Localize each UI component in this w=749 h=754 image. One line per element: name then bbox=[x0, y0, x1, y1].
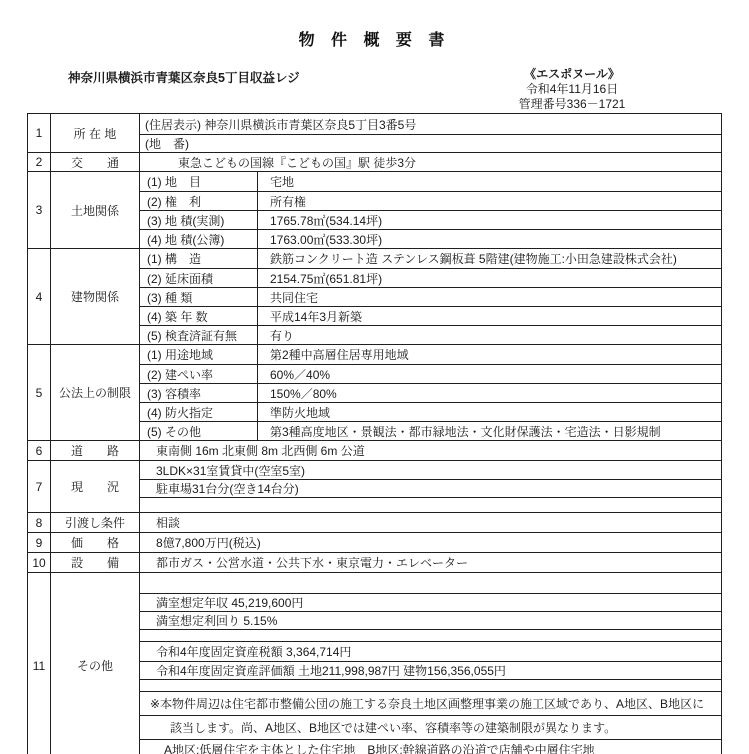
row-price: 9 価 格 8億7,800万円(税込) bbox=[28, 532, 721, 552]
price-line: 8億7,800万円(税込) bbox=[140, 533, 721, 552]
handover-value: 相談 bbox=[140, 513, 721, 532]
row-location: 1 所 在 地 (住居表示) 神奈川県横浜市青葉区奈良5丁目3番5号 (地 番) bbox=[28, 114, 721, 152]
other-empty bbox=[140, 680, 721, 691]
other-line: 該当します。尚、A地区、B地区では建ぺい率、容積率等の建築制限が異なります。 bbox=[140, 715, 721, 739]
row-category: 設 備 bbox=[51, 553, 140, 572]
status-line: 駐車場31台分(空き14台分) bbox=[140, 479, 721, 497]
row-number: 5 bbox=[28, 345, 51, 440]
building-item-label: (5) 検査済証有無 bbox=[140, 326, 258, 344]
row-handover-terms: 8 引渡し条件 相談 bbox=[28, 512, 721, 532]
restriction-item: (3) 容積率 150%／80% bbox=[140, 383, 721, 402]
building-item: (4) 築 年 数 平成14年3月新築 bbox=[140, 306, 721, 325]
row-category: その他 bbox=[51, 573, 140, 754]
building-item-value: 平成14年3月新築 bbox=[258, 307, 721, 325]
building-item-value: 2154.75㎡(651.81坪) bbox=[258, 269, 721, 287]
building-item-label: (4) 築 年 数 bbox=[140, 307, 258, 325]
restriction-item-label: (4) 防火指定 bbox=[140, 403, 258, 421]
row-number: 2 bbox=[28, 153, 51, 171]
price-value: 8億7,800万円(税込) bbox=[140, 533, 721, 552]
full-occupancy-income: 満室想定年収 45,219,600円 bbox=[140, 594, 721, 611]
building-item-label: (1) 構 造 bbox=[140, 249, 258, 268]
row-facilities: 10 設 備 都市ガス・公営水道・公共下水・東京電力・エレベーター bbox=[28, 552, 721, 572]
restriction-item-value: 150%／80% bbox=[258, 384, 721, 402]
location-line: (地 番) bbox=[140, 134, 721, 152]
land-item: (4) 地 積(公簿) 1763.00㎡(533.30坪) bbox=[140, 229, 721, 248]
land-item-label: (4) 地 積(公簿) bbox=[140, 230, 258, 248]
document-header: 神奈川県横浜市青葉区奈良5丁目収益レジ 《エスポヌール》 令和4年11月16日 … bbox=[0, 67, 749, 112]
row-number: 11 bbox=[28, 573, 51, 754]
restriction-item-label: (3) 容積率 bbox=[140, 384, 258, 402]
building-item-value: 鉄筋コンクリート造 ステンレス鋼板葺 5階建(建物施工:小田急建設株式会社) bbox=[258, 249, 721, 268]
restriction-item: (1) 用途地域 第2種中高層住居専用地域 bbox=[140, 345, 721, 364]
assessed-value: 令和4年度固定資産評価額 土地211,998,987円 建物156,356,05… bbox=[140, 662, 721, 679]
row-category: 建物関係 bbox=[51, 249, 140, 344]
row-number: 6 bbox=[28, 441, 51, 460]
property-name: 神奈川県横浜市青葉区奈良5丁目収益レジ bbox=[68, 67, 300, 86]
restriction-item-label: (1) 用途地域 bbox=[140, 345, 258, 364]
row-category: 土地関係 bbox=[51, 172, 140, 248]
building-item: (2) 延床面積 2154.75㎡(651.81坪) bbox=[140, 268, 721, 287]
row-transport: 2 交 通 東急こどもの国線『こどもの国』駅 徒歩3分 bbox=[28, 152, 721, 171]
row-other: 11 その他 満室想定年収 45,219,600円 満室想定利回り 5.15% … bbox=[28, 572, 721, 754]
land-item-value: 1763.00㎡(533.30坪) bbox=[258, 230, 721, 248]
transport-line: 東急こどもの国線『こどもの国』駅 徒歩3分 bbox=[140, 153, 721, 171]
building-item: (3) 種 類 共同住宅 bbox=[140, 287, 721, 306]
row-number: 3 bbox=[28, 172, 51, 248]
road-value: 東南側 16m 北東側 8m 北西側 6m 公道 bbox=[140, 441, 721, 460]
status-parking: 駐車場31台分(空き14台分) bbox=[140, 480, 721, 497]
building-item-value: 有り bbox=[258, 326, 721, 344]
status-line bbox=[140, 497, 721, 512]
row-category: 所 在 地 bbox=[51, 114, 140, 152]
land-item-value: 宅地 bbox=[258, 172, 721, 191]
land-item-value: 所有権 bbox=[258, 192, 721, 210]
row-number: 9 bbox=[28, 533, 51, 552]
other-line bbox=[140, 679, 721, 691]
restriction-item-value: 第2種中高層住居専用地域 bbox=[258, 345, 721, 364]
building-item: (5) 検査済証有無 有り bbox=[140, 325, 721, 344]
land-item-value: 1765.78㎡(534.14坪) bbox=[258, 211, 721, 229]
page-title: 物 件 概 要 書 bbox=[0, 0, 749, 50]
land-item: (2) 権 利 所有権 bbox=[140, 191, 721, 210]
building-item-label: (3) 種 類 bbox=[140, 288, 258, 306]
other-line bbox=[140, 573, 721, 593]
row-number: 8 bbox=[28, 513, 51, 532]
other-line: 満室想定利回り 5.15% bbox=[140, 611, 721, 629]
note-line-1: ※本物件周辺は住宅都市整備公団の施工する奈良土地区画整理事業の施工区域であり、A… bbox=[140, 692, 721, 715]
row-category: 価 格 bbox=[51, 533, 140, 552]
note-line-3: A地区:低層住宅を主体とした住宅地 B地区:幹線道路の沿道で店舗や中層住宅地 bbox=[140, 740, 721, 754]
row-legal-restrictions: 5 公法上の制限 (1) 用途地域 第2種中高層住居専用地域 (2) 建ぺい率 … bbox=[28, 344, 721, 440]
facilities-line: 都市ガス・公営水道・公共下水・東京電力・エレベーター bbox=[140, 553, 721, 572]
other-line: 令和4年度固定資産評価額 土地211,998,987円 建物156,356,05… bbox=[140, 661, 721, 679]
road-line: 東南側 16m 北東側 8m 北西側 6m 公道 bbox=[140, 441, 721, 460]
header-meta: 《エスポヌール》 令和4年11月16日 管理番号336－1721 bbox=[457, 67, 687, 112]
property-overview-document: 物 件 概 要 書 神奈川県横浜市青葉区奈良5丁目収益レジ 《エスポヌール》 令… bbox=[0, 0, 749, 754]
restriction-item-label: (2) 建ぺい率 bbox=[140, 365, 258, 383]
property-tax: 令和4年度固定資産税額 3,364,714円 bbox=[140, 642, 721, 661]
status-empty bbox=[140, 498, 721, 512]
note-line-2: 該当します。尚、A地区、B地区では建ぺい率、容積率等の建築制限が異なります。 bbox=[140, 716, 721, 739]
other-line: 満室想定年収 45,219,600円 bbox=[140, 593, 721, 611]
full-occupancy-yield: 満室想定利回り 5.15% bbox=[140, 612, 721, 629]
land-item-label: (3) 地 積(実測) bbox=[140, 211, 258, 229]
brand-name: 《エスポヌール》 bbox=[457, 67, 687, 82]
row-number: 4 bbox=[28, 249, 51, 344]
row-road: 6 道 路 東南側 16m 北東側 8m 北西側 6m 公道 bbox=[28, 440, 721, 460]
facilities-value: 都市ガス・公営水道・公共下水・東京電力・エレベーター bbox=[140, 553, 721, 572]
land-item-label: (1) 地 目 bbox=[140, 172, 258, 191]
restriction-item: (4) 防火指定 準防火地域 bbox=[140, 402, 721, 421]
restriction-item-value: 60%／40% bbox=[258, 365, 721, 383]
other-line: A地区:低層住宅を主体とした住宅地 B地区:幹線道路の沿道で店舗や中層住宅地 bbox=[140, 739, 721, 754]
restriction-item: (5) その他 第3種高度地区・景観法・都市緑地法・文化財保護法・宅造法・日影規… bbox=[140, 421, 721, 440]
other-empty bbox=[140, 573, 721, 593]
other-line bbox=[140, 629, 721, 641]
status-units: 3LDK×31室賃貸中(空室5室) bbox=[140, 461, 721, 479]
row-building: 4 建物関係 (1) 構 造 鉄筋コンクリート造 ステンレス鋼板葺 5階建(建物… bbox=[28, 248, 721, 344]
row-category: 道 路 bbox=[51, 441, 140, 460]
other-line: ※本物件周辺は住宅都市整備公団の施工する奈良土地区画整理事業の施工区域であり、A… bbox=[140, 691, 721, 715]
location-line: (住居表示) 神奈川県横浜市青葉区奈良5丁目3番5号 bbox=[140, 114, 721, 134]
lot-number: (地 番) bbox=[140, 135, 721, 152]
document-date: 令和4年11月16日 bbox=[457, 82, 687, 97]
property-table: 1 所 在 地 (住居表示) 神奈川県横浜市青葉区奈良5丁目3番5号 (地 番)… bbox=[27, 113, 722, 754]
row-number: 1 bbox=[28, 114, 51, 152]
land-item: (3) 地 積(実測) 1765.78㎡(534.14坪) bbox=[140, 210, 721, 229]
row-current-status: 7 現 況 3LDK×31室賃貸中(空室5室) 駐車場31台分(空き14台分) bbox=[28, 460, 721, 512]
land-item: (1) 地 目 宅地 bbox=[140, 172, 721, 191]
row-number: 10 bbox=[28, 553, 51, 572]
status-line: 3LDK×31室賃貸中(空室5室) bbox=[140, 461, 721, 479]
handover-line: 相談 bbox=[140, 513, 721, 532]
row-category: 交 通 bbox=[51, 153, 140, 171]
control-number: 管理番号336－1721 bbox=[457, 97, 687, 112]
other-empty bbox=[140, 630, 721, 641]
address-display: (住居表示) 神奈川県横浜市青葉区奈良5丁目3番5号 bbox=[140, 114, 721, 134]
row-category: 公法上の制限 bbox=[51, 345, 140, 440]
row-category: 現 況 bbox=[51, 461, 140, 512]
restriction-item-value: 準防火地域 bbox=[258, 403, 721, 421]
row-number: 7 bbox=[28, 461, 51, 512]
building-item-value: 共同住宅 bbox=[258, 288, 721, 306]
row-land: 3 土地関係 (1) 地 目 宅地 (2) 権 利 所有権 (3) 地 積(実測… bbox=[28, 171, 721, 248]
building-item: (1) 構 造 鉄筋コンクリート造 ステンレス鋼板葺 5階建(建物施工:小田急建… bbox=[140, 249, 721, 268]
restriction-item-value: 第3種高度地区・景観法・都市緑地法・文化財保護法・宅造法・日影規制 bbox=[258, 422, 721, 440]
restriction-item-label: (5) その他 bbox=[140, 422, 258, 440]
land-item-label: (2) 権 利 bbox=[140, 192, 258, 210]
transport-value: 東急こどもの国線『こどもの国』駅 徒歩3分 bbox=[140, 153, 721, 171]
row-category: 引渡し条件 bbox=[51, 513, 140, 532]
other-line: 令和4年度固定資産税額 3,364,714円 bbox=[140, 641, 721, 661]
building-item-label: (2) 延床面積 bbox=[140, 269, 258, 287]
restriction-item: (2) 建ぺい率 60%／40% bbox=[140, 364, 721, 383]
